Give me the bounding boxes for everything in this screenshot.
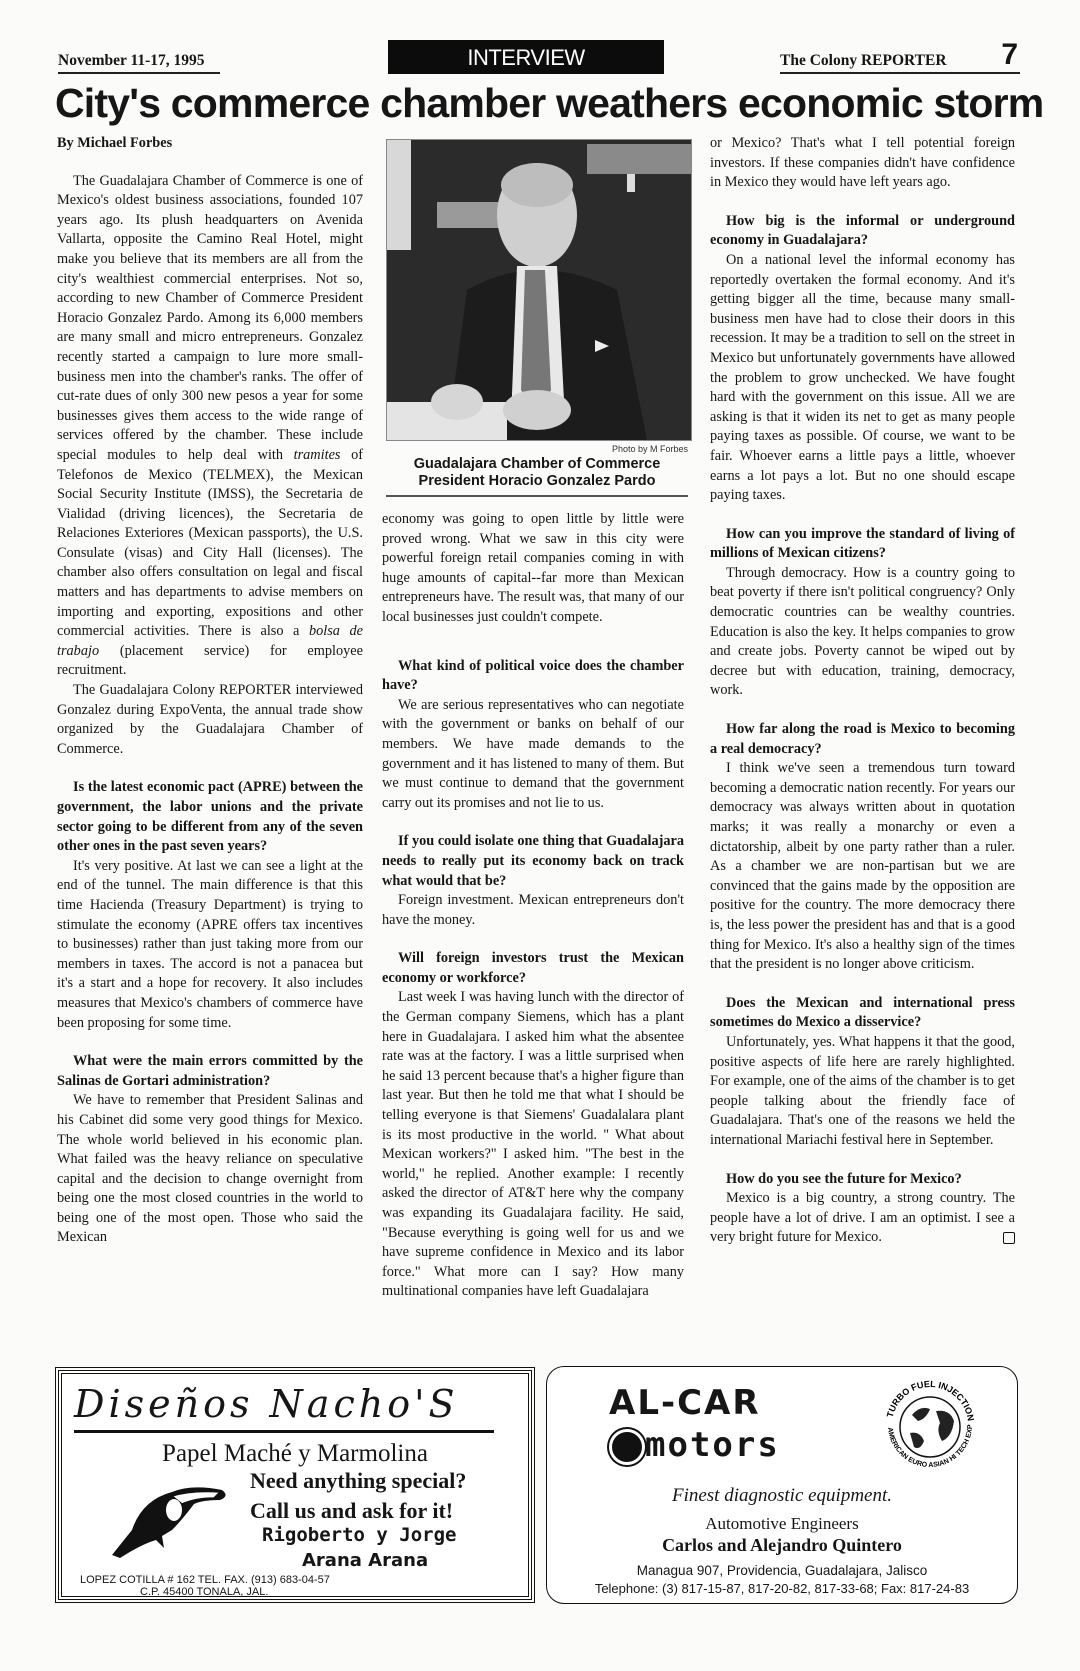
ad-address: Managua 907, Providencia, Guadalajara, J… <box>547 1563 1017 1578</box>
photo-caption: Guadalajara Chamber of Commerce Presiden… <box>386 456 688 497</box>
answer: I think we've seen a tremendous turn tow… <box>710 759 1015 975</box>
intro-paragraph: The Guadalajara Chamber of Commerce is o… <box>57 172 363 681</box>
alcar-logo: AL-CAR motors <box>609 1379 809 1469</box>
question: How can you improve the standard of livi… <box>710 525 1015 564</box>
ad-tagline: Finest diagnostic equipment. <box>547 1485 1017 1507</box>
photo-credit: Photo by M Forbes <box>386 444 688 454</box>
answer: Last week I was having lunch with the di… <box>382 988 684 1302</box>
byline: By Michael Forbes <box>57 134 363 154</box>
ad-address: LOPEZ COTILLA # 162 TEL. FAX. (913) 683-… <box>80 1574 330 1586</box>
question: How big is the informal or underground e… <box>710 212 1015 251</box>
ad-alcar-motors: AL-CAR motors TURBO FUEL INJECTION AMERI… <box>546 1366 1018 1604</box>
question: Is the latest economic pact (APRE) betwe… <box>57 778 363 856</box>
answer-continued: economy was going to open little by litt… <box>382 510 684 628</box>
question: Does the Mexican and international press… <box>710 994 1015 1033</box>
answer: Mexico is a big country, a strong countr… <box>710 1189 1015 1248</box>
question: Will foreign investors trust the Mexican… <box>382 949 684 988</box>
answer: It's very positive. At last we can see a… <box>57 857 363 1033</box>
globe-icon: TURBO FUEL INJECTION AMERICAN EURO ASIAN… <box>880 1375 980 1475</box>
answer-continued: or Mexico? That's what I tell potential … <box>710 134 1015 193</box>
ad-brand: Diseños Nacho'S <box>74 1378 494 1433</box>
ad-subtitle: Papel Maché y Marmolina <box>62 1440 528 1468</box>
page-number: 7 <box>1001 38 1018 72</box>
newspaper-name: The Colony REPORTER <box>780 52 1020 74</box>
section-label: INTERVIEW <box>388 40 664 74</box>
end-of-article-icon <box>1003 1232 1015 1244</box>
masthead: November 11-17, 1995 INTERVIEW The Colon… <box>58 40 1018 74</box>
ad-contact-names: Rigoberto y Jorge <box>262 1524 456 1546</box>
answer: Unfortunately, yes. What happens it that… <box>710 1033 1015 1151</box>
article-column-1: By Michael Forbes The Guadalajara Chambe… <box>57 134 363 1248</box>
intro-paragraph-2: The Guadalajara Colony REPORTER intervie… <box>57 681 363 759</box>
question: How far along the road is Mexico to beco… <box>710 720 1015 759</box>
answer: We are serious representatives who can n… <box>382 696 684 814</box>
answer: We have to remember that President Salin… <box>57 1091 363 1248</box>
question: How do you see the future for Mexico? <box>710 1170 1015 1190</box>
article-headline: City's commerce chamber weathers economi… <box>55 80 1025 127</box>
answer: Through democracy. How is a country goin… <box>710 564 1015 701</box>
ad-disenos-nachos: Diseños Nacho'S Papel Maché y Marmolina … <box>58 1370 532 1600</box>
question: What were the main errors committed by t… <box>57 1052 363 1091</box>
issue-date: November 11-17, 1995 <box>58 52 220 74</box>
ad-contact-surnames: Arana Arana <box>302 1550 428 1571</box>
ad-line: Call us and ask for it! <box>250 1498 453 1524</box>
ad-profession: Automotive Engineers <box>547 1514 1017 1534</box>
portrait-photo-icon <box>387 140 691 440</box>
portrait-photo <box>386 139 692 441</box>
wheel-icon <box>609 1429 645 1465</box>
ad-address: C.P. 45400 TONALA, JAL. <box>140 1586 268 1598</box>
article-column-3: or Mexico? That's what I tell potential … <box>710 134 1015 1248</box>
ad-contact-names: Carlos and Alejandro Quintero <box>547 1535 1017 1556</box>
toucan-icon <box>102 1470 232 1560</box>
question: What kind of political voice does the ch… <box>382 657 684 696</box>
question: If you could isolate one thing that Guad… <box>382 832 684 891</box>
article-column-2: economy was going to open little by litt… <box>382 510 684 1302</box>
answer: On a national level the informal economy… <box>710 251 1015 506</box>
answer: Foreign investment. Mexican entrepreneur… <box>382 891 684 930</box>
ad-telephone: Telephone: (3) 817-15-87, 817-20-82, 817… <box>547 1581 1017 1596</box>
ad-line: Need anything special? <box>250 1468 466 1494</box>
